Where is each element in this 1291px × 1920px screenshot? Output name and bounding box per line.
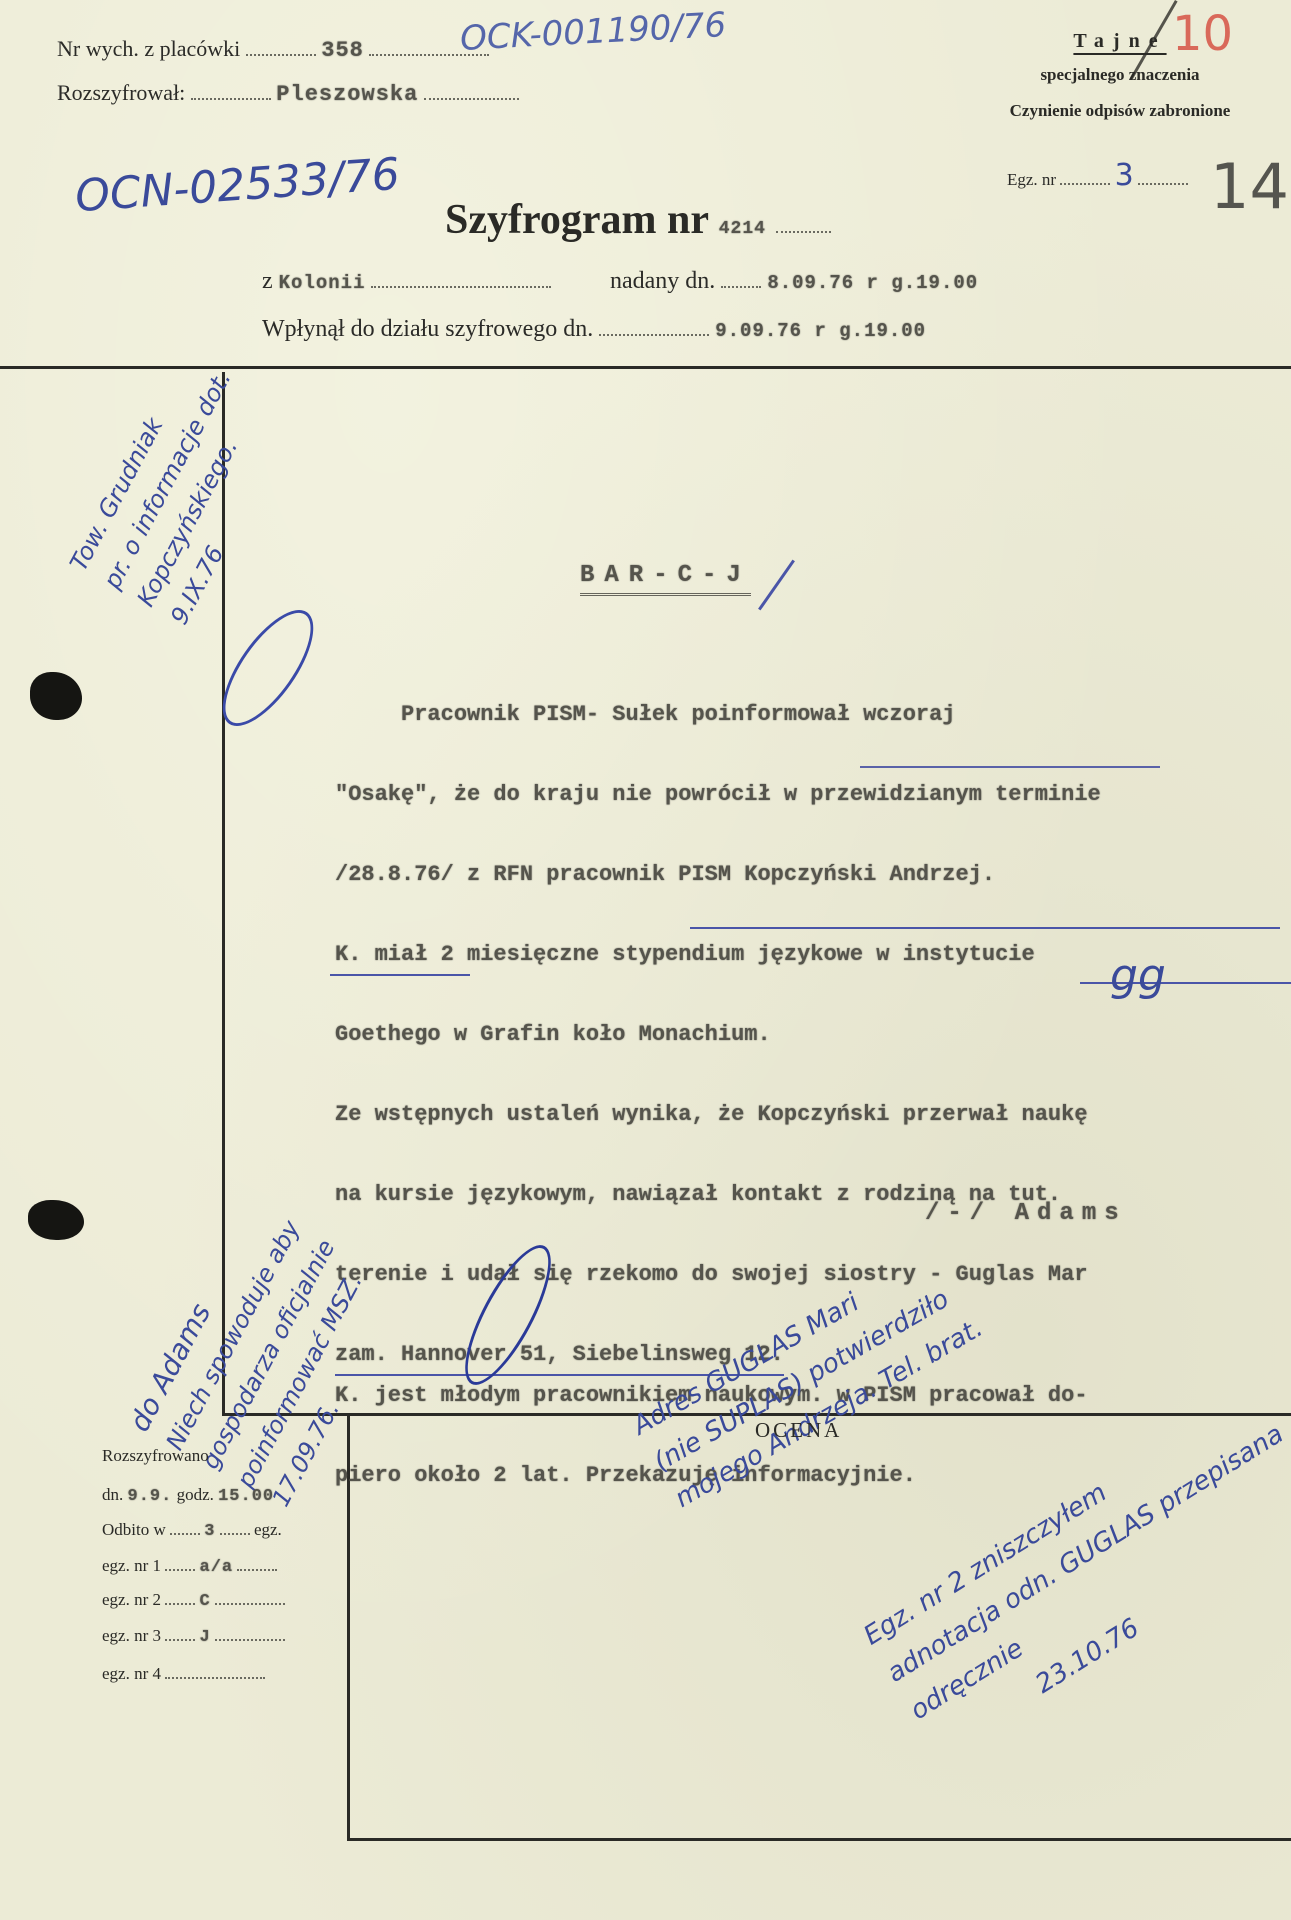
- copies-value: 3: [204, 1522, 215, 1541]
- from-value: Kolonii: [279, 272, 366, 294]
- copy-row: egz. nr 2 C: [102, 1590, 285, 1611]
- message-line: Pracownik PISM- Sułek poinformował wczor…: [335, 695, 1291, 735]
- decrypted-by-field: Rozszyfrował: Pleszowska: [57, 80, 519, 107]
- sent-field: nadany dn. 8.09.76 r g.19.00: [610, 268, 978, 295]
- message-line: terenie i udał się rzekomo do swojej sio…: [335, 1255, 1291, 1295]
- outgoing-number-label: Nr wych. z placówki: [57, 36, 240, 61]
- punch-hole-bottom: [28, 1200, 84, 1240]
- message-line: na kursie językowym, nawiązał kontakt z …: [335, 1175, 1291, 1215]
- received-label: Wpłynął do działu szyfrowego dn.: [262, 316, 593, 342]
- telegram-number: 4214: [719, 219, 766, 239]
- classification-line-2: Czynienie odpisów zabronione: [960, 101, 1280, 121]
- copy-number-value: 3: [1115, 158, 1134, 193]
- received-value: 9.09.76 r g.19.00: [715, 320, 926, 342]
- pencil-number-grey: 14: [1210, 150, 1289, 223]
- underline-contact: [690, 927, 1280, 929]
- sent-value: 8.09.76 r g.19.00: [767, 272, 978, 294]
- copy-row: egz. nr 1 a/a: [102, 1556, 277, 1577]
- copy-number-field: Egz. nr 3: [1007, 158, 1188, 193]
- message-line: "Osakę", że do kraju nie powrócił w prze…: [335, 775, 1291, 815]
- addressee-code: BAR-C-J: [580, 562, 751, 596]
- outgoing-number-field: Nr wych. z placówki 358: [57, 36, 489, 63]
- message-line: Goethego w Grafin koło Monachium.: [335, 1015, 1291, 1055]
- classification-title: Tajne: [960, 30, 1280, 53]
- page-title: Szyfrogram nr 4214: [445, 196, 831, 244]
- message-line: Ze wstępnych ustaleń wynika, że Kopczyńs…: [335, 1095, 1291, 1135]
- copy-number-label: Egz. nr: [1007, 170, 1056, 189]
- evaluation-bottom-line: [347, 1838, 1291, 1841]
- received-field: Wpłynął do działu szyfrowego dn. 9.09.76…: [262, 316, 926, 343]
- decrypted-by-label: Rozszyfrował:: [57, 80, 185, 105]
- signature-adams: /-/ Adams: [925, 1200, 1127, 1227]
- evaluation-title: OCENA: [755, 1418, 842, 1443]
- classification-line-1: specjalnego znaczenia: [960, 65, 1280, 85]
- classification-block: Tajne specjalnego znaczenia Czynienie od…: [960, 30, 1280, 121]
- from-label: z: [262, 268, 273, 294]
- copy-row: egz. nr 4: [102, 1664, 265, 1684]
- decrypted-label: Rozszyfrowano: [102, 1446, 209, 1466]
- from-field: z Kolonii: [262, 268, 551, 295]
- decrypted-day: 9.9.: [128, 1487, 173, 1506]
- decrypted-date-field: dn. 9.9. godz. 15.00: [102, 1485, 274, 1506]
- page-title-text: Szyfrogram nr: [445, 197, 708, 243]
- underline-kopczynski: [860, 766, 1160, 768]
- decrypted-hour: 15.00: [218, 1487, 274, 1506]
- decrypted-by-value: Pleszowska: [276, 82, 418, 107]
- message-line: /28.8.76/ z RFN pracownik PISM Kopczyńsk…: [335, 855, 1291, 895]
- copies-field: Odbito w 3 egz.: [102, 1520, 282, 1541]
- outgoing-number-value: 358: [321, 38, 364, 63]
- sent-label: nadany dn.: [610, 268, 715, 294]
- underline-terenie: [330, 974, 470, 976]
- handwritten-correction: gg: [1110, 950, 1166, 1001]
- copy-row: egz. nr 3 J: [102, 1626, 285, 1647]
